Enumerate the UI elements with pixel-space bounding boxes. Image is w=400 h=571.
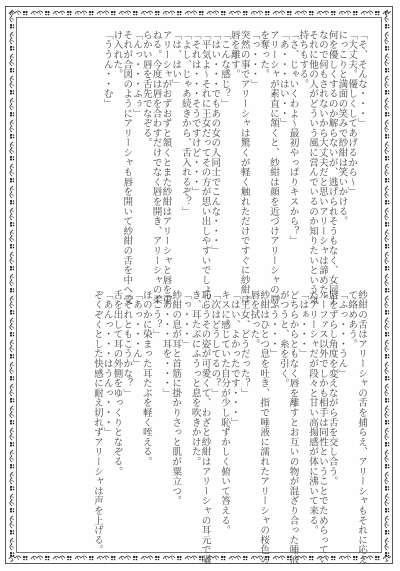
text-line: 持ちもする。 [298, 30, 308, 280]
text-line: ぞくぞくとした快感に耐え切れずアリーシャは声を上げる。 [92, 290, 102, 540]
text-line: 「ううん・・む」 [102, 30, 112, 280]
text-line: ルーファス以外でしかも相手は同性ということでためらってい [317, 290, 327, 540]
text-line: 紗紺はひとつ息を吐き、指で唾液に濡れたアリーシャの桜色の [259, 290, 269, 540]
text-line: 「あっ・・・ん」 [131, 290, 141, 540]
text-line: け入れた。 [112, 30, 122, 280]
text-line: どちらからともなく唇を離すとお互いの物が混ざり合った唾液 [288, 290, 298, 540]
text-line: アリーシャがおずおずと頷くとまた紗紺はアリーシャと唇を重 [161, 30, 171, 280]
text-line: ほのかに染まった耳たぶを軽く咥える。 [141, 290, 151, 540]
text-line: 「大丈夫。優しくしてあげるから～」 [347, 30, 357, 280]
text-line: 「こんな感じ？」 [219, 30, 229, 280]
text-line: ねる。今度は唇を合わすだけでなく唇を開き、アリーシャの柔 [151, 30, 161, 280]
text-line: 「はい、よかったです・・・」 [229, 290, 239, 540]
text-line: 「っ・・・」 [249, 30, 259, 280]
text-line: 「はぁ・・・」 [298, 290, 308, 540]
text-line: 「ふう・・・」 [268, 290, 278, 540]
text-line: アリーシャが素直に頷くと、紗紺は顔を近づけアリーシャの唇 [268, 30, 278, 280]
text-line: 何を優しくするのか解らないが、逃げられそうもなく、女同士 [327, 30, 337, 280]
text-line: て絡めあう。 [347, 290, 357, 540]
text-line: き、耳たぶにふうっと息を吹きかけた。 [190, 290, 200, 540]
upper-text-block: 「そ、そんな・・・」 「大丈夫。優しくしてあげるから～」 にっこりと満面の笑みで… [26, 30, 366, 280]
text-line: 「こう？」 [151, 290, 161, 540]
lower-text-block: 紗紺の舌はアリーシャの舌を捕らえ、アリーシャもそれに応え て絡めあう。 「ふっ・… [26, 290, 366, 540]
text-line: がつうと、糸を引く。 [278, 290, 288, 540]
text-line: 「あ・・・耳を・・・」 [161, 290, 171, 540]
text-line: 「よし、じゃあ続きから、舌入れるぞ？」 [180, 30, 190, 280]
text-line: 「はい・・・でもあの女の人同士でこんな・・・」 [210, 30, 220, 280]
text-line: 「ふっ・・・うん」 [337, 290, 347, 540]
text-line: 「次はどうしてるの？」 [210, 290, 220, 540]
text-line: 恥らうその姿が可愛くて、わざと紗紺はアリーシャの耳元で囁 [200, 290, 210, 540]
text-line: を奪った。 [259, 30, 269, 280]
floral-border-bottom-icon [7, 553, 391, 562]
floral-border-right-icon [382, 8, 391, 562]
text-line: 「んっ・・・ふぅ」 [131, 30, 141, 280]
text-line: 「は、はい」 [171, 30, 181, 280]
text-line: 「そ、そんな・・・」 [356, 30, 366, 280]
text-line: たアリーシャだが段々と甘い高揚感が体に沸いて来る。 [308, 290, 318, 540]
document-page: 「そ、そんな・・・」 「大丈夫。優しくしてあげるから～」 にっこりと満面の笑みで… [0, 0, 400, 571]
text-line: 紗紺の舌はアリーシャの舌を捕らえ、アリーシャもそれに応え [356, 290, 366, 540]
text-line: 唇を離す。 [229, 30, 239, 280]
text-line: 「さ、じゃいくわよ～最初やっぱりキスから？」 [288, 30, 298, 280]
text-line: 「あんっ・・・はうんっ・・・」 [102, 290, 112, 540]
text-line: 「王女、どうだった？」 [239, 290, 249, 540]
text-line: なので何もされないから大丈夫だと思いアリーシャは諦めた。 [317, 30, 327, 280]
text-line: キスに感じていた自分が少し恥ずかしく俯いて答える。 [219, 290, 229, 540]
text-line: らかい唇を舌先でなぞる。 [141, 30, 151, 280]
floral-border-left-icon [7, 8, 16, 562]
text-line: 「それともこうかな？」 [122, 290, 132, 540]
text-line: それが合図のようにアリーシャも唇を開いて紗紺の舌を中へ受 [122, 30, 132, 280]
text-line: 唇を拭った。 [249, 290, 259, 540]
floral-border-top-icon [7, 8, 391, 17]
text-line: 舌を出して耳の外側をゆっくりとなぞる。 [112, 290, 122, 540]
text-line: 「あ・・・はい・・」 [278, 30, 288, 280]
text-line: にっこりと満面の笑みで紗紺は笑いかける。 [337, 30, 347, 280]
text-line: 唇をずらし角度を変えながら舌を交し合う。 [327, 290, 337, 540]
text-line: 突然の事でアリーシャは驚くが軽く触れただけですぐに紗紺は [239, 30, 249, 280]
text-line: それに他の人がどういう風に営んでいるのか知りたいという気 [308, 30, 318, 280]
text-line: 「平気よ～それに王女だってその方が思い出しやすいでしょ？」 [200, 30, 210, 280]
text-line: 紗紺の息が耳と首筋に掛かりさっと肌が粟立つ。 [171, 290, 181, 540]
text-line: 「っ・・・」 [180, 290, 190, 540]
text-line: 「それは・・・そうですけど・・・」 [190, 30, 200, 280]
